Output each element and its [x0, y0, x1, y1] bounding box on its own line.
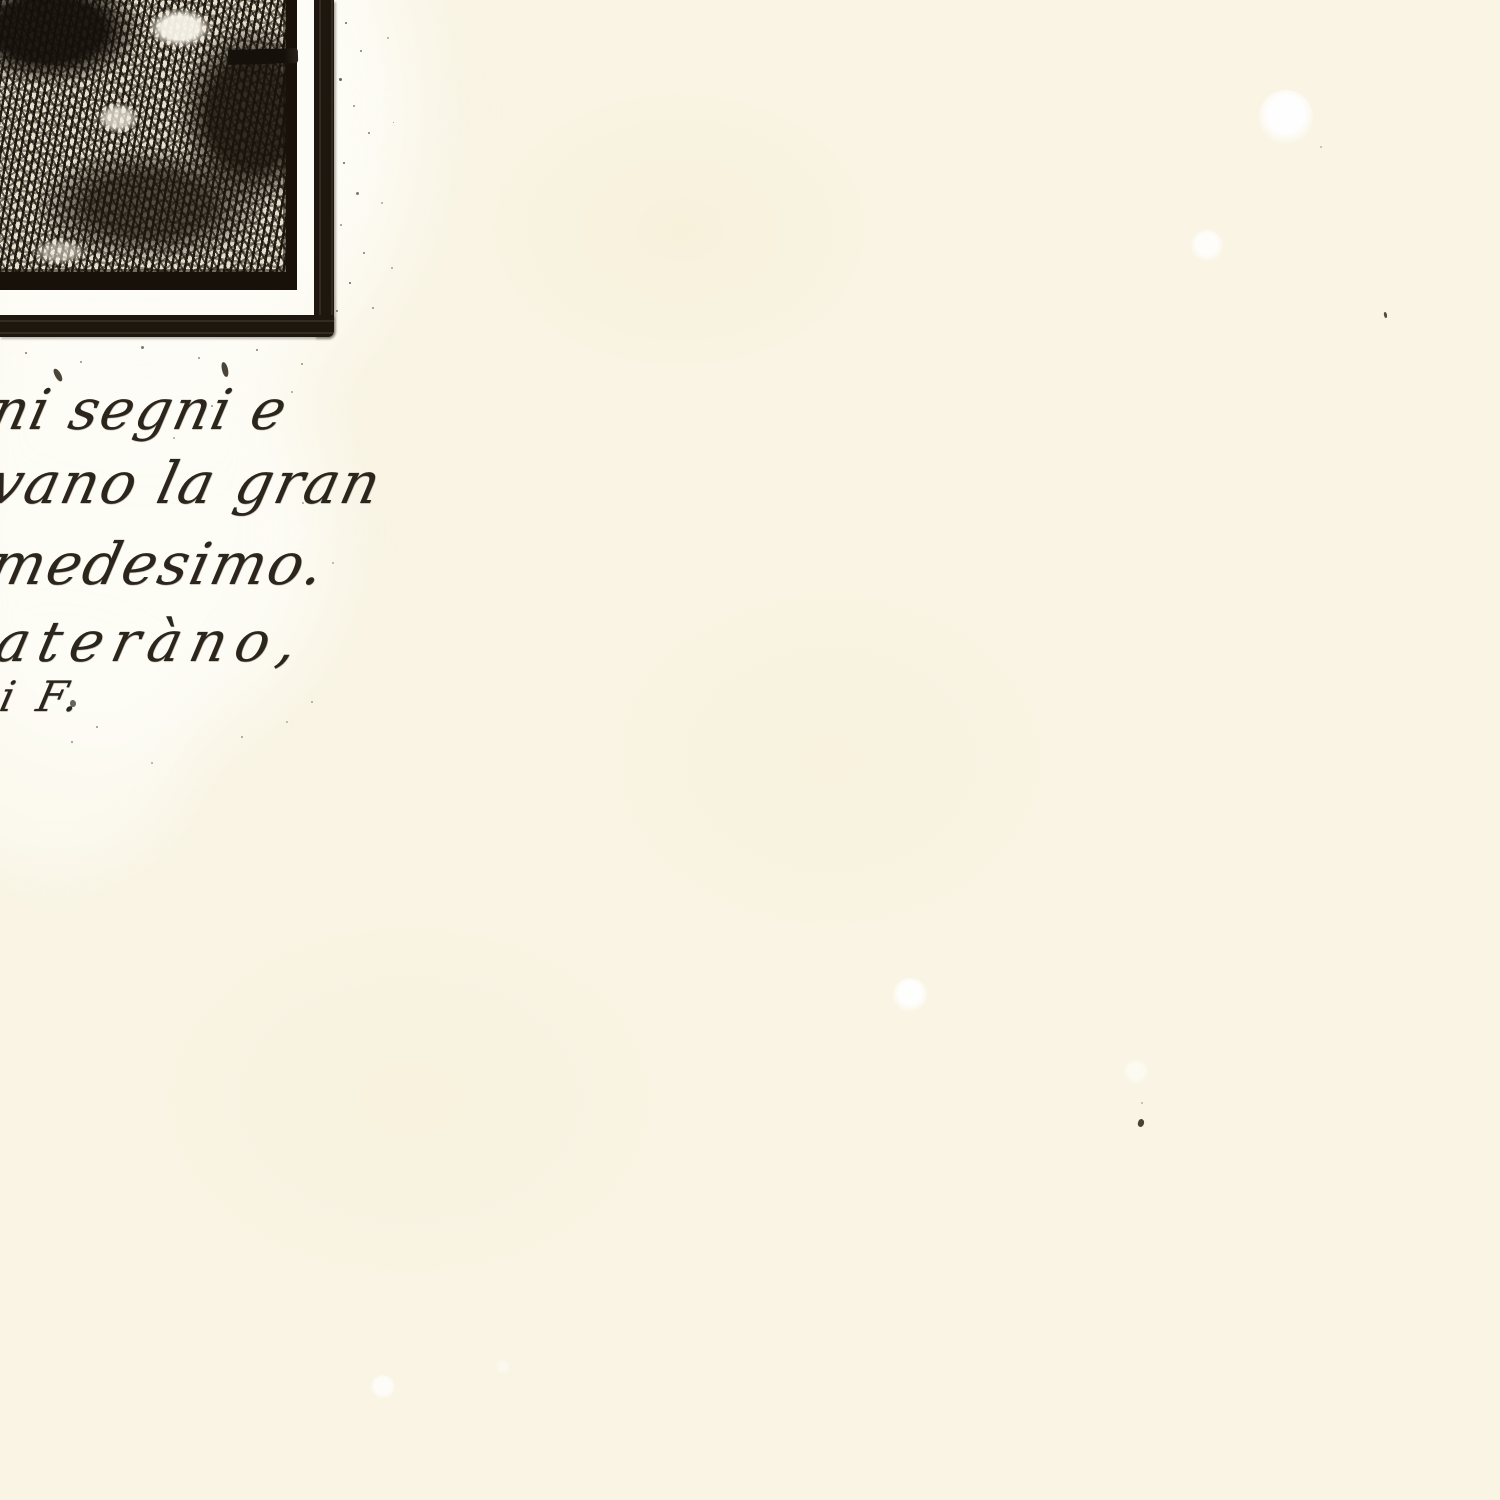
etching-protruding-branch [228, 48, 298, 65]
ink-speck [301, 363, 303, 365]
ink-speck [368, 132, 370, 134]
paper-highlight-spot [1191, 230, 1223, 262]
paper-tint-blotch [520, 520, 1140, 1000]
etching-plate-fragment [0, 0, 340, 340]
ink-speck [141, 346, 144, 349]
inscription-line-2: vano la gran [0, 454, 388, 512]
paper-tint-blotch [420, 40, 940, 420]
etching-image-crosshatch [0, 0, 297, 290]
plate-frame-bottom-bar [0, 315, 334, 337]
ink-speck [1320, 146, 1322, 148]
paper-highlight-spot [1124, 1060, 1148, 1084]
ink-speck [363, 252, 365, 254]
ink-speck [1141, 1102, 1143, 1104]
scanned-print-page: ni segni e vano la gran medesimo. ateràn… [0, 0, 1500, 1500]
ink-speck [360, 50, 362, 52]
ink-speck [387, 37, 389, 39]
ink-speck [345, 22, 347, 24]
ink-speck [381, 202, 383, 204]
ink-speck [311, 701, 313, 703]
ink-fleck [221, 362, 230, 378]
ink-speck [349, 282, 351, 284]
ink-speck [286, 721, 288, 723]
paper-highlight-spot [496, 1360, 510, 1374]
ink-speck [343, 162, 345, 164]
ink-fleck [1137, 1118, 1145, 1128]
inscription-line-3: medesimo. [0, 535, 332, 593]
paper-highlight-spot [371, 1375, 395, 1399]
ink-speck [372, 307, 374, 309]
inscription-line-5: i F. [0, 676, 88, 718]
plate-frame-right-bar [314, 0, 334, 337]
ink-speck [353, 105, 355, 107]
ink-speck [340, 224, 342, 226]
paper-highlight-spot [893, 978, 927, 1012]
ink-speck [356, 192, 359, 195]
ink-speck [96, 726, 98, 728]
ink-speck [80, 361, 82, 363]
inscription-line-1: ni segni e [0, 383, 293, 439]
ink-speck [151, 762, 153, 764]
ink-fleck [1384, 312, 1388, 318]
ink-speck [391, 267, 393, 269]
inscription-line-4: ateràno, [0, 615, 312, 671]
ink-speck [256, 349, 258, 351]
ink-speck [241, 736, 243, 738]
ink-speck [393, 122, 394, 123]
ink-speck [332, 562, 334, 564]
ink-speck [71, 741, 73, 743]
ink-speck [198, 357, 200, 359]
paper-tint-blotch [60, 850, 760, 1350]
paper-highlight-spot [1259, 90, 1313, 144]
ink-speck [25, 352, 27, 354]
